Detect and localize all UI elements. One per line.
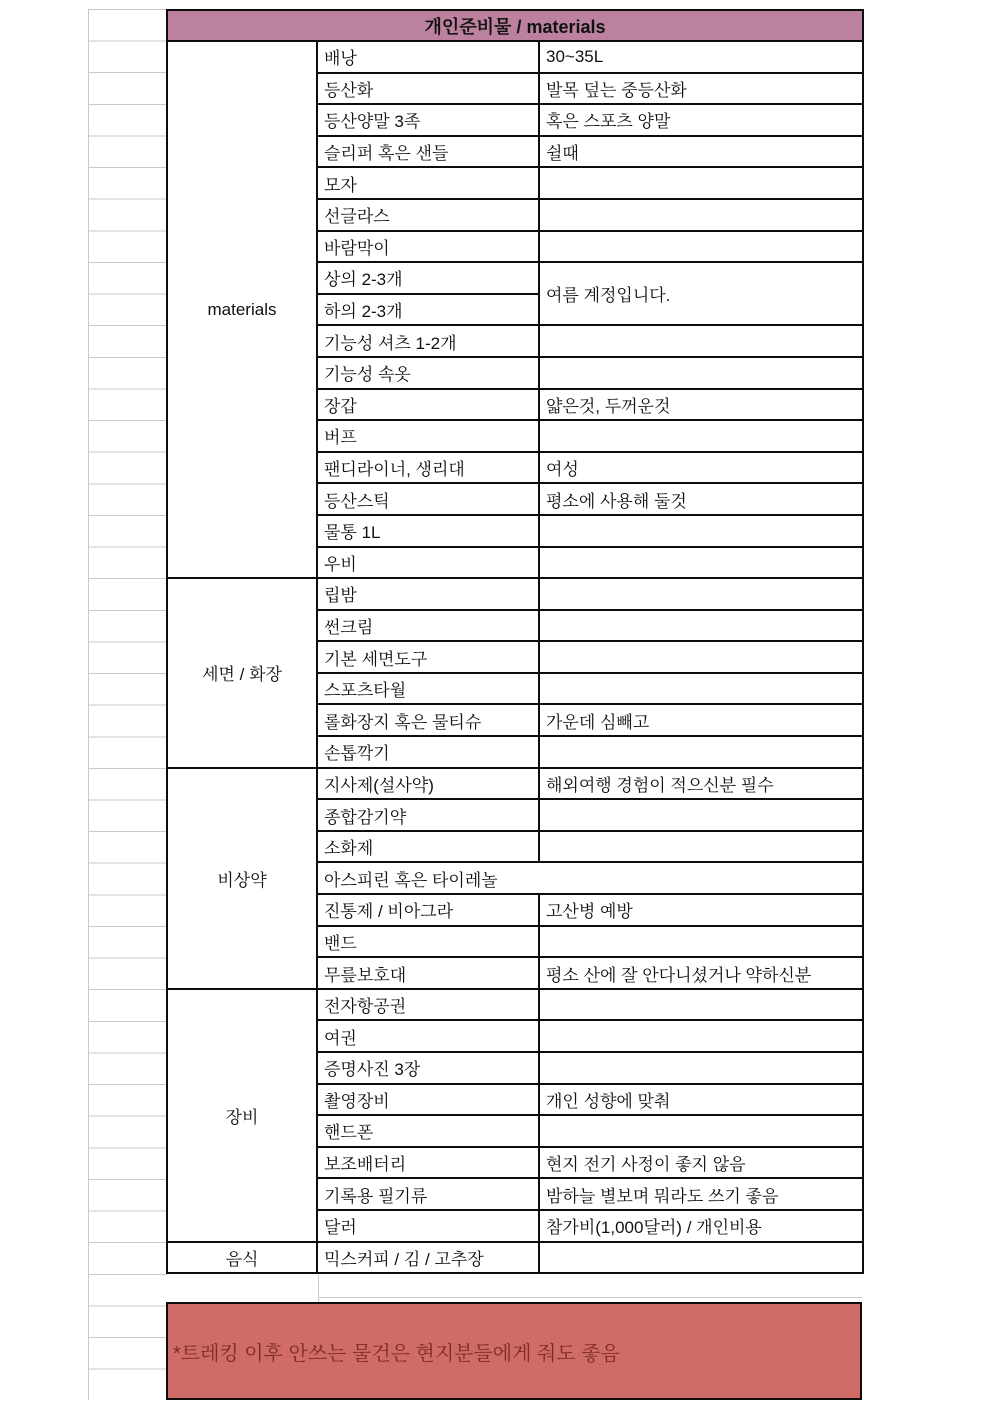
item-cell[interactable]: 지사제(설사약) [317,768,539,800]
note-cell[interactable]: 밤하늘 별보며 뭐라도 쓰기 좋음 [539,1178,863,1210]
table-row: 음식믹스커피 / 김 / 고추장 [167,1242,863,1274]
note-cell[interactable] [539,610,863,642]
note-cell[interactable]: 평소에 사용해 둘것 [539,483,863,515]
note-cell[interactable]: 혹은 스포츠 양말 [539,104,863,136]
item-cell[interactable]: 모자 [317,167,539,199]
note-cell[interactable]: 개인 성향에 맞춰 [539,1084,863,1116]
table-row: 장비전자항공권 [167,989,863,1021]
item-cell[interactable]: 보조배터리 [317,1147,539,1179]
category-cell[interactable]: materials [167,41,317,578]
item-cell[interactable]: 아스피린 혹은 타이레놀 [317,862,863,894]
item-cell[interactable]: 기록용 필기류 [317,1178,539,1210]
note-cell[interactable] [539,357,863,389]
footnote-block[interactable]: *트레킹 이후 안쓰는 물건은 현지분들에게 줘도 좋음 [166,1302,862,1400]
note-cell[interactable] [539,831,863,863]
note-cell[interactable]: 가운데 심빼고 [539,704,863,736]
footnote-text: *트레킹 이후 안쓰는 물건은 현지분들에게 줘도 좋음 [173,1337,620,1366]
item-cell[interactable]: 하의 2-3개 [317,294,539,326]
note-cell[interactable] [539,799,863,831]
note-cell[interactable]: 해외여행 경험이 적으신분 필수 [539,768,863,800]
item-cell[interactable]: 팬디라이너, 생리대 [317,452,539,484]
item-cell[interactable]: 선글라스 [317,199,539,231]
item-cell[interactable]: 배낭 [317,41,539,73]
item-cell[interactable]: 달러 [317,1210,539,1242]
category-cell[interactable]: 세면 / 화장 [167,578,317,768]
item-cell[interactable]: 썬크림 [317,610,539,642]
note-cell[interactable] [539,420,863,452]
item-cell[interactable]: 우비 [317,547,539,579]
item-cell[interactable]: 물통 1L [317,515,539,547]
note-cell[interactable]: 쉴때 [539,136,863,168]
item-cell[interactable]: 밴드 [317,926,539,958]
note-cell[interactable]: 참가비(1,000달러) / 개인비용 [539,1210,863,1242]
item-cell[interactable]: 등산스틱 [317,483,539,515]
note-cell[interactable]: 평소 산에 잘 안다니셨거나 약하신분 [539,957,863,989]
item-cell[interactable]: 스포츠타월 [317,673,539,705]
note-cell[interactable] [539,1052,863,1084]
note-cell[interactable]: 고산병 예방 [539,894,863,926]
item-cell[interactable]: 버프 [317,420,539,452]
item-cell[interactable]: 롤화장지 혹은 물티슈 [317,704,539,736]
packing-list-table: 개인준비물 / materials materials배낭30~35L등산화발목… [166,9,864,1274]
note-cell[interactable] [539,515,863,547]
table-title-row: 개인준비물 / materials [167,10,863,41]
table-row: materials배낭30~35L [167,41,863,73]
item-cell[interactable]: 등산양말 3족 [317,104,539,136]
note-cell[interactable]: 얇은것, 두꺼운것 [539,389,863,421]
item-cell[interactable]: 기능성 속옷 [317,357,539,389]
note-cell[interactable] [539,736,863,768]
item-cell[interactable]: 상의 2-3개 [317,262,539,294]
note-cell[interactable] [539,167,863,199]
page: 개인준비물 / materials materials배낭30~35L등산화발목… [0,0,1002,1412]
item-cell[interactable]: 종합감기약 [317,799,539,831]
note-cell[interactable]: 현지 전기 사정이 좋지 않음 [539,1147,863,1179]
item-cell[interactable]: 기본 세면도구 [317,641,539,673]
item-cell[interactable]: 소화제 [317,831,539,863]
item-cell[interactable]: 여권 [317,1020,539,1052]
note-cell[interactable]: 발목 덮는 중등산화 [539,73,863,105]
note-cell[interactable] [539,1115,863,1147]
table-row: 세면 / 화장립밤 [167,578,863,610]
note-cell[interactable]: 여성 [539,452,863,484]
item-cell[interactable]: 믹스커피 / 김 / 고추장 [317,1242,539,1274]
grid-line-horizontal [318,1297,862,1298]
note-cell[interactable] [539,926,863,958]
category-cell[interactable]: 장비 [167,989,317,1242]
note-cell[interactable]: 30~35L [539,41,863,73]
spreadsheet-row-gutter [88,9,167,1400]
table-title-cell[interactable]: 개인준비물 / materials [167,10,863,41]
item-cell[interactable]: 등산화 [317,73,539,105]
note-cell[interactable] [539,989,863,1021]
note-cell[interactable] [539,199,863,231]
item-cell[interactable]: 립밤 [317,578,539,610]
note-cell[interactable]: 여름 계정입니다. [539,262,863,325]
item-cell[interactable]: 손톱깍기 [317,736,539,768]
note-cell[interactable] [539,1020,863,1052]
item-cell[interactable]: 증명사진 3장 [317,1052,539,1084]
note-cell[interactable] [539,231,863,263]
item-cell[interactable]: 촬영장비 [317,1084,539,1116]
note-cell[interactable] [539,578,863,610]
table-row: 비상약지사제(설사약)해외여행 경험이 적으신분 필수 [167,768,863,800]
note-cell[interactable] [539,325,863,357]
note-cell[interactable] [539,1242,863,1274]
item-cell[interactable]: 핸드폰 [317,1115,539,1147]
category-cell[interactable]: 비상약 [167,768,317,989]
note-cell[interactable] [539,641,863,673]
item-cell[interactable]: 기능성 셔츠 1-2개 [317,325,539,357]
item-cell[interactable]: 전자항공권 [317,989,539,1021]
item-cell[interactable]: 무릎보호대 [317,957,539,989]
item-cell[interactable]: 바람막이 [317,231,539,263]
item-cell[interactable]: 진통제 / 비아그라 [317,894,539,926]
note-cell[interactable] [539,547,863,579]
item-cell[interactable]: 장갑 [317,389,539,421]
category-cell[interactable]: 음식 [167,1242,317,1274]
note-cell[interactable] [539,673,863,705]
item-cell[interactable]: 슬리퍼 혹은 샌들 [317,136,539,168]
